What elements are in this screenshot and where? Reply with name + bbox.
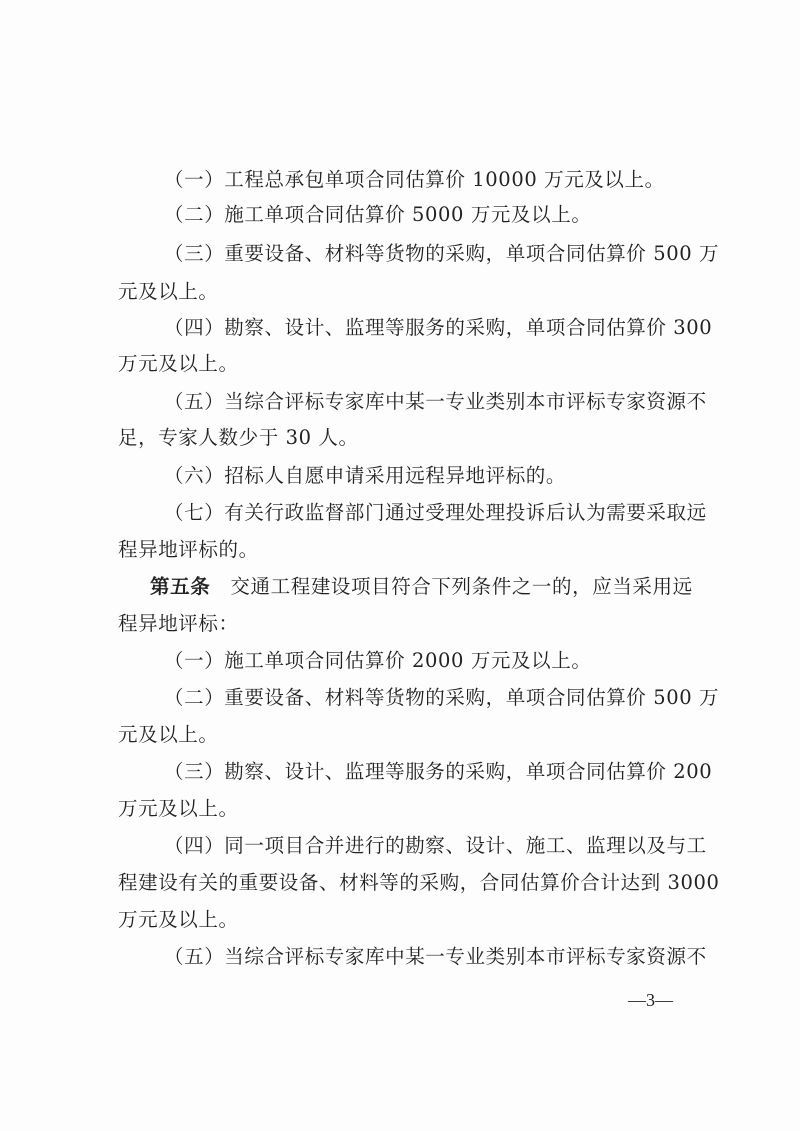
clause-4-item-4-cont: 万元及以上。 [118,354,239,374]
clause-5-item-3: （三）勘察、设计、监理等服务的采购，单项合同估算价 200 [164,762,712,782]
document-page: （一）工程总承包单项合同估算价 10000 万元及以上。 （二）施工单项合同估算… [0,0,800,1131]
clause-5-item-4: （四）同一项目合并进行的勘察、设计、施工、监理以及与工 [164,836,707,856]
article-5-text: 交通工程建设项目符合下列条件之一的，应当采用远 [210,575,692,598]
clause-5-item-5: （五）当综合评标专家库中某一专业类别本市评标专家资源不 [164,947,707,967]
clause-5-item-3-cont: 万元及以上。 [118,799,239,819]
clause-4-item-1: （一）工程总承包单项合同估算价 10000 万元及以上。 [164,170,665,190]
clause-5-item-2-cont: 元及以上。 [118,725,219,745]
clause-4-item-7-cont: 程异地评标的。 [118,540,259,560]
clause-4-item-3: （三）重要设备、材料等货物的采购，单项合同估算价 500 万 [164,244,719,264]
clause-5-item-1: （一）施工单项合同估算价 2000 万元及以上。 [164,651,591,671]
clause-4-item-7: （七）有关行政监督部门通过受理处理投诉后认为需要采取远 [164,503,707,523]
clause-4-item-5-cont: 足，专家人数少于 30 人。 [118,428,359,448]
clause-4-item-3-cont: 元及以上。 [118,282,219,302]
article-5-label: 第五条 [150,575,210,598]
clause-4-item-5: （五）当综合评标专家库中某一专业类别本市评标专家资源不 [164,392,707,412]
clause-4-item-2: （二）施工单项合同估算价 5000 万元及以上。 [164,205,591,225]
clause-4-item-6: （六）招标人自愿申请采用远程异地评标的。 [164,466,566,486]
clause-5-item-4-cont-2: 万元及以上。 [118,910,239,930]
page-number: —3— [628,990,673,1011]
article-5-heading-cont: 程异地评标： [118,614,239,634]
clause-5-item-4-cont: 程建设有关的重要设备、材料等的采购，合同估算价合计达到 3000 [118,873,720,893]
clause-5-item-2: （二）重要设备、材料等货物的采购，单项合同估算价 500 万 [164,688,719,708]
article-5-heading: 第五条 交通工程建设项目符合下列条件之一的，应当采用远 [150,577,693,597]
clause-4-item-4: （四）勘察、设计、监理等服务的采购，单项合同估算价 300 [164,318,712,338]
